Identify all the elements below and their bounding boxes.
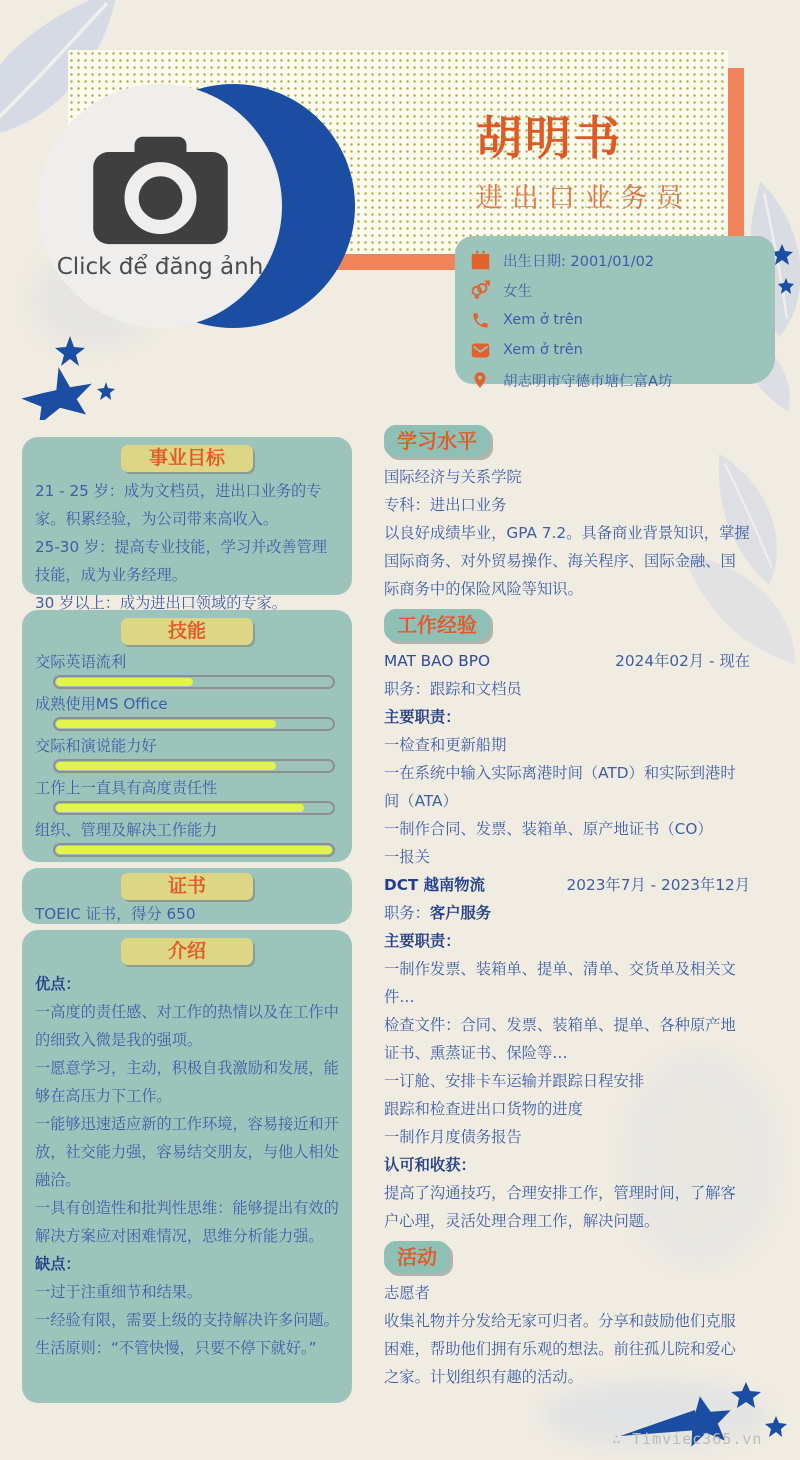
right-column: 学习水平 国际经济与关系学院 专科：进出口业务 以良好成绩毕业，GPA 7.2。… [384,425,750,1391]
introduction-title: 介绍 [121,938,253,965]
strength-item: 一高度的责任感、对工作的热情以及在工作中的细致入微是我的强项。 [35,998,339,1054]
job-duty: 一制作月度债务报告 [384,1123,750,1151]
job-position-label: 职务： [384,680,430,698]
job-duty: 跟踪和检查进出口货物的进度 [384,1095,750,1123]
career-goal-item: 21 - 25 岁：成为文档员，进出口业务的专家。积累经验，为公司带来高收入。 [35,477,339,533]
candidate-name: 胡明书 [476,102,623,168]
contact-text: Xem ở trên [503,342,583,358]
strength-item: 一具有创造性和批判性思维：能够提出有效的解决方案应对困难情况，思维分析能力强。 [35,1194,339,1250]
email-icon [469,339,491,361]
contact-text: 胡志明市守德市塘仁富A坊 [503,370,672,391]
contact-row-gender: 女生 [469,275,775,305]
career-goal-title: 事业目标 [121,445,253,472]
skill-label: 工作上一直具有高度责任性 [35,775,339,801]
job-position-label: 职务： [384,904,430,922]
activities-role: 志愿者 [384,1279,750,1307]
job-duty: 一在系统中输入实际离港时间（ATD）和实际到港时间（ATA） [384,759,750,815]
accent-bar-vertical [728,68,744,258]
skill-bar [53,801,335,815]
job-period: 2023年7月 - 2023年12月 [567,871,751,899]
certificate-card: 证书 TOEIC 证书，得分 650 [22,868,352,924]
contact-text: Xem ở trên [503,312,583,328]
certificate-title: 证书 [121,873,253,900]
job-duties-label: 主要职责： [384,927,750,955]
education-description: 以良好成绩毕业，GPA 7.2。具备商业背景知识，掌握国际商务、对外贸易操作、海… [384,519,750,603]
contact-row-phone: Xem ở trên [469,305,775,335]
candidate-job-title: 进出口业务员 [476,176,692,215]
job-company: MAT BAO BPO [384,647,490,675]
job-duty: 检查文件：合同、发票、装箱单、提单、各种原产地证书、熏蒸证书、保险等… [384,1011,750,1067]
education-title: 学习水平 [384,425,490,457]
calendar-icon [469,249,491,271]
skills-card: 技能 交际英语流利 成熟使用MS Office 交际和演说能力好 工作上一直具有… [22,610,352,862]
location-icon [469,369,491,391]
education-school: 国际经济与关系学院 [384,463,750,491]
skill-bar [53,843,335,857]
skill-label: 交际英语流利 [35,649,339,675]
strength-item: 一能够迅速适应新的工作环境，容易接近和开放，社交能力强，容易结交朋友，与他人相处… [35,1110,339,1194]
job-header: DCT 越南物流 2023年7月 - 2023年12月 [384,871,750,899]
resume-page: 胡明书 进出口业务员 Click để đăng ảnh 出生日期: 2001/… [0,0,800,1460]
skill-label: 组织、管理及解决工作能力 [35,817,339,843]
job-position-line: 职务：跟踪和文档员 [384,675,750,703]
job-position: 客户服务 [430,904,491,922]
skill-label: 成熟使用MS Office [35,691,339,717]
job-period: 2024年02月 - 现在 [615,647,750,675]
job-duty: 一制作合同、发票、装箱单、原产地证书（CO） [384,815,750,843]
weakness-item: 一经验有限，需要上级的支持解决许多问题。 [35,1306,339,1334]
education-major: 专科：进出口业务 [384,491,750,519]
job-position-line: 职务：客户服务 [384,899,750,927]
contact-row-birthday: 出生日期: 2001/01/02 [469,245,775,275]
activities-title: 活动 [384,1241,450,1273]
job-duty: 一报关 [384,843,750,871]
skill-label: 交际和演说能力好 [35,733,339,759]
job-duty: 一订舱、安排卡车运输并跟踪日程安排 [384,1067,750,1095]
contact-row-email: Xem ở trên [469,335,775,365]
camera-icon [83,132,238,250]
introduction-card: 介绍 优点： 一高度的责任感、对工作的热情以及在工作中的细致入微是我的强项。 一… [22,930,352,1403]
strengths-label: 优点： [35,970,339,998]
stars-decoration [18,328,128,420]
gender-icon [469,279,491,301]
accent-bar-horizontal [330,254,460,270]
career-goal-item: 25-30 岁：提高专业技能，学习并改善管理技能，成为业务经理。 [35,533,339,589]
watermark: ∴ Timviec365.vn [612,1430,762,1448]
gains-text: 提高了沟通技巧，合理安排工作，管理时间，了解客户心理，灵活处理合理工作，解决问题… [384,1179,750,1235]
gains-label: 认可和收获： [384,1151,750,1179]
contact-text: 女生 [503,280,532,301]
job-position: 跟踪和文档员 [430,680,522,698]
weakness-item: 一过于注重细节和结果。 [35,1278,339,1306]
career-goal-card: 事业目标 21 - 25 岁：成为文档员，进出口业务的专家。积累经验，为公司带来… [22,437,352,595]
certificate-text: TOEIC 证书，得分 650 [35,902,339,926]
photo-upload-label: Click để đăng ảnh [57,254,264,280]
job-company: DCT 越南物流 [384,871,485,899]
contact-row-address: 胡志明市守德市塘仁富A坊 [469,365,775,395]
weaknesses-label: 缺点： [35,1250,339,1278]
experience-title: 工作经验 [384,609,490,641]
job-duty: 一制作发票、装箱单、提单、清单、交货单及相关文件… [384,955,750,1011]
motto: 生活原则：“不管快慢，只要不停下就好。” [35,1334,339,1362]
contact-card: 出生日期: 2001/01/02 女生 Xem ở trên [455,236,775,384]
job-duty: 一检查和更新船期 [384,731,750,759]
skill-bar [53,759,335,773]
skill-bar [53,675,335,689]
photo-upload-area[interactable]: Click để đăng ảnh [38,84,282,328]
job-header: MAT BAO BPO 2024年02月 - 现在 [384,647,750,675]
strength-item: 一愿意学习，主动，积极自我激励和发展，能够在高压力下工作。 [35,1054,339,1110]
phone-icon [469,309,491,331]
skills-title: 技能 [121,618,253,645]
contact-text: 出生日期: 2001/01/02 [503,250,654,271]
job-duties-label: 主要职责： [384,703,750,731]
skill-bar [53,717,335,731]
